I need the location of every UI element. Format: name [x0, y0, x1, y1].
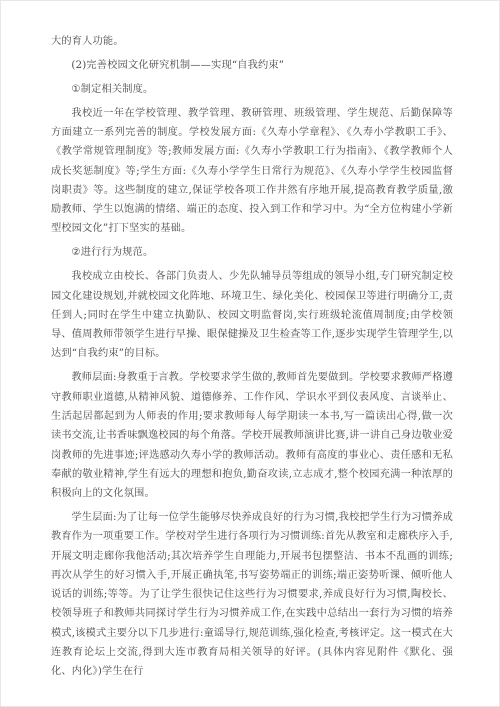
paragraph: ②进行行为规范。: [51, 243, 453, 262]
document-body: 大的育人功能。(2)完善校园文化研究机制——实现“自我约束”①制定相关制度。我校…: [51, 32, 453, 686]
paragraph: (2)完善校园文化研究机制——实现“自我约束”: [51, 56, 453, 75]
paragraph: 学生层面:为了让每一位学生能够尽快养成良好的行为习惯,我校把学生行为习惯养成教育…: [51, 508, 453, 682]
document-page: 大的育人功能。(2)完善校园文化研究机制——实现“自我约束”①制定相关制度。我校…: [0, 0, 500, 707]
paragraph: 我校成立由校长、各部门负责人、少先队辅导员等组成的领导小组,专门研究制定校园文化…: [51, 267, 453, 363]
paragraph: 我校近一年在学校管理、教学管理、教研管理、班级管理、学生规范、后勤保障等方面建立…: [51, 104, 453, 239]
paragraph: ①制定相关制度。: [51, 80, 453, 99]
paragraph: 教师层面:身教重于言教。学校要求学生做的,教师首先要做到。学校要求教师严格遵守教…: [51, 368, 453, 503]
paragraph: 大的育人功能。: [51, 32, 453, 51]
